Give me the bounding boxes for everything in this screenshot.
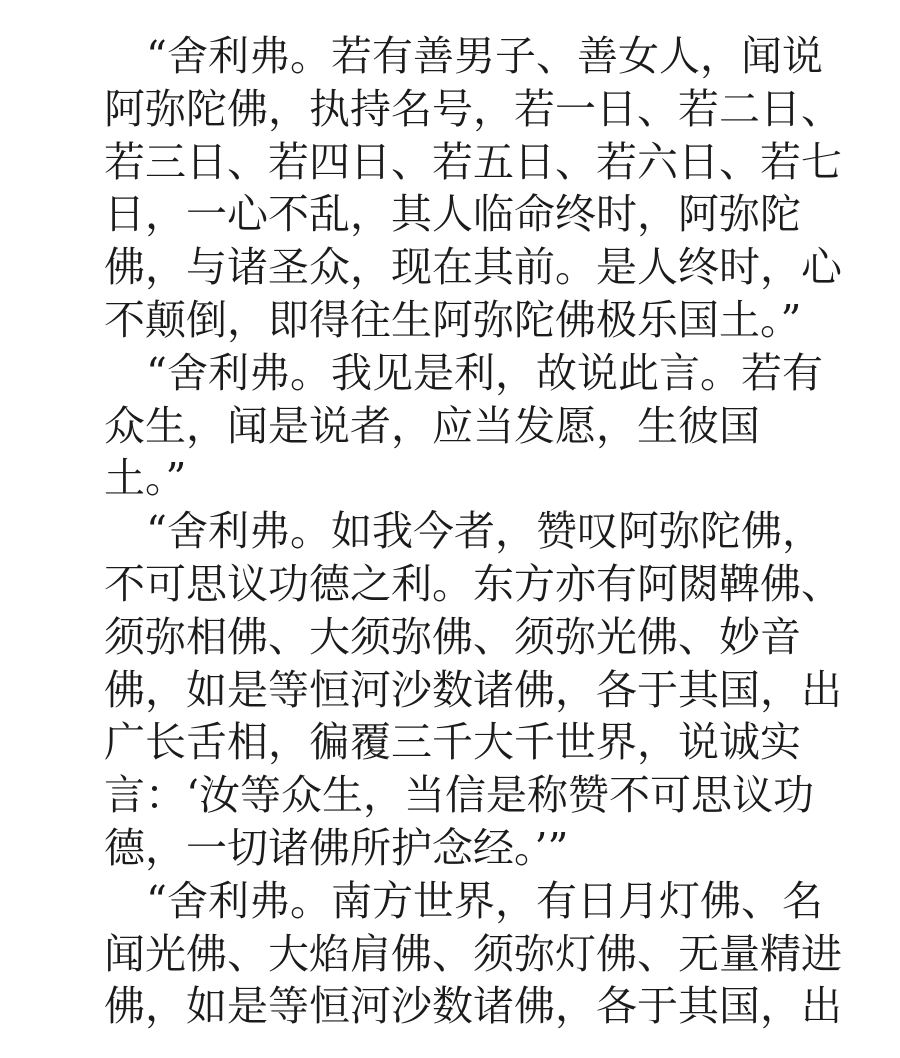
text-line: 佛，与诸圣众，现在其前。是人终时，心 [104,241,850,294]
text-line: 言：‘汝等众生，当信是称赞不可思议功 [104,769,850,822]
text-line: 不可思议功德之利。东方亦有阿閦鞞佛、 [104,558,850,611]
text-line: “舍利弗。如我今者，赞叹阿弥陀佛， [104,505,850,558]
text-line: “舍利弗。我见是利，故说此言。若有 [104,347,850,400]
text-line: 若三日、若四日、若五日、若六日、若七 [104,136,850,189]
text-line: 德，一切诸佛所护念经。’” [104,822,850,875]
text-line: 闻光佛、大焰肩佛、须弥灯佛、无量精进 [104,928,850,981]
text-line: 日，一心不乱，其人临命终时，阿弥陀 [104,188,850,241]
text-line: 土。” [104,452,850,505]
document-page[interactable]: “舍利弗。若有善男子、善女人，闻说 阿弥陀佛，执持名号，若一日、若二日、 若三日… [0,0,900,1058]
text-line: 广长舌相，徧覆三千大千世界，说诚实 [104,716,850,769]
text-line: 众生，闻是说者，应当发愿，生彼国 [104,400,850,453]
text-line: 须弥相佛、大须弥佛、须弥光佛、妙音 [104,611,850,664]
text-line: 阿弥陀佛，执持名号，若一日、若二日、 [104,83,850,136]
text-line: “舍利弗。若有善男子、善女人，闻说 [104,30,850,83]
text-line: 佛，如是等恒河沙数诸佛，各于其国，出 [104,980,850,1033]
text-line: 不颠倒，即得往生阿弥陀佛极乐国土。” [104,294,850,347]
text-line: “舍利弗。南方世界，有日月灯佛、名 [104,875,850,928]
text-line: 佛，如是等恒河沙数诸佛，各于其国，出 [104,664,850,717]
